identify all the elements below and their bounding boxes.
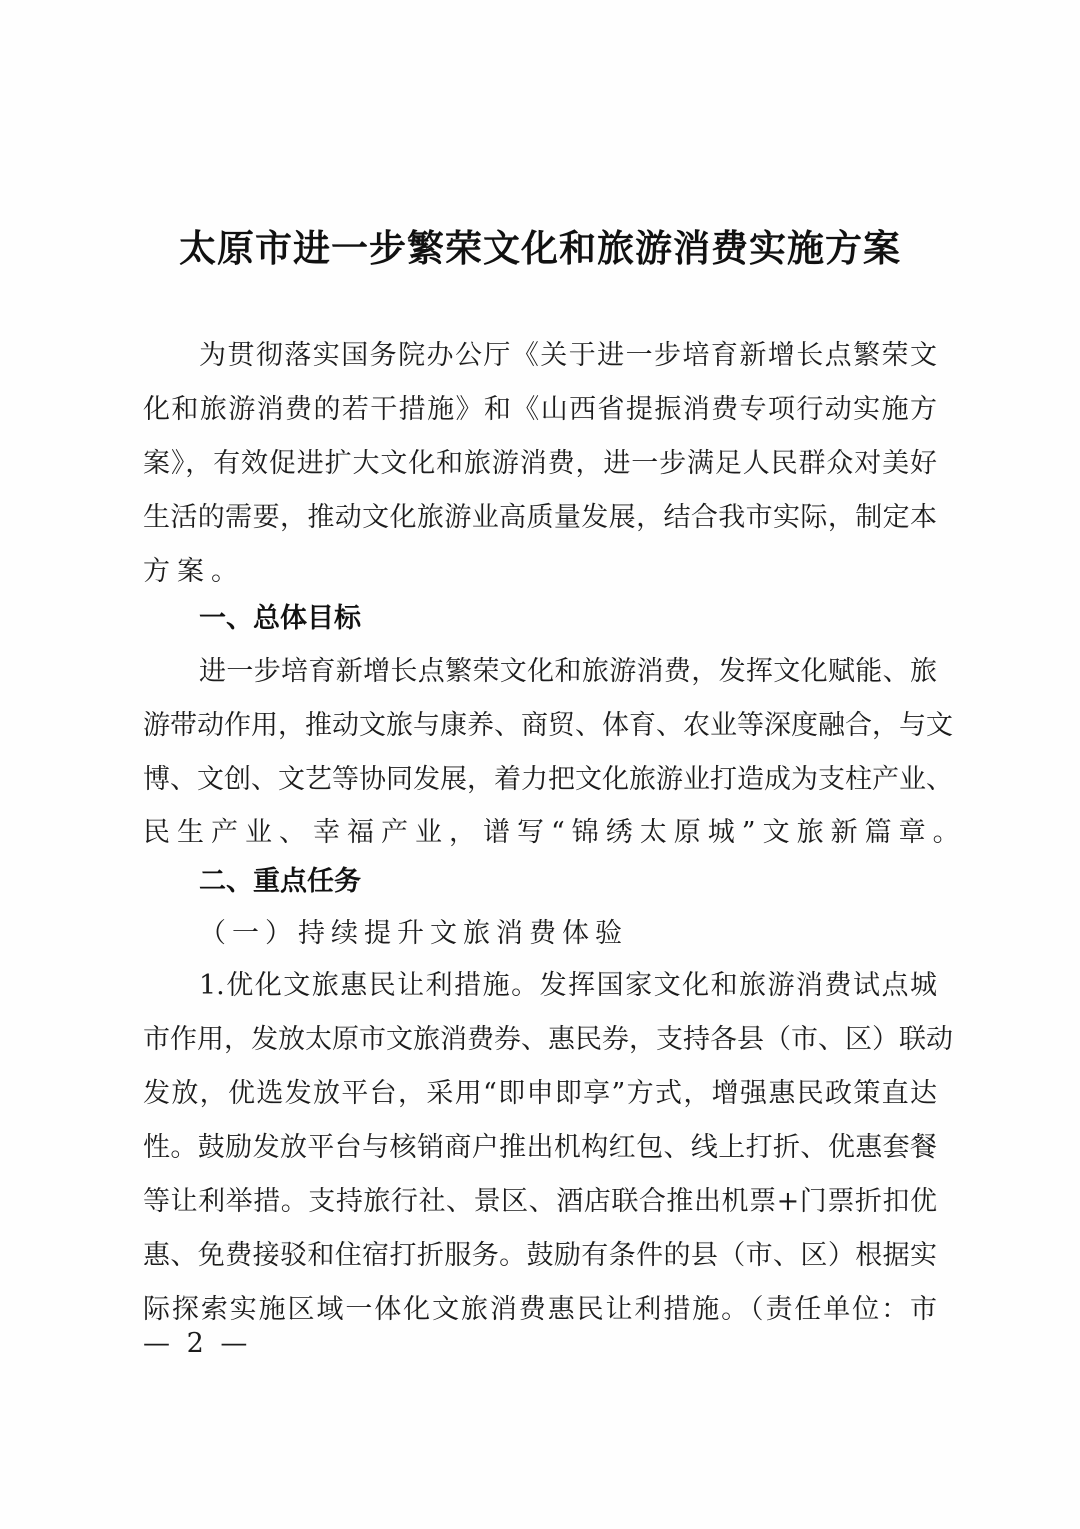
section1-line-1: 进一步培育新增长点繁荣文化和旅游消费，发挥文化赋能、旅: [199, 652, 937, 692]
intro-line-3: 案》，有效促进扩大文化和旅游消费，进一步满足人民群众对美好: [143, 444, 937, 484]
item1-line-7: 际探索实施区域一体化文旅消费惠民让利措施。（责任单位：市: [143, 1290, 937, 1330]
document-page: 太原市进一步繁荣文化和旅游消费实施方案 为贯彻落实国务院办公厅《关于进一步培育新…: [0, 0, 1080, 1529]
item1-line-2: 市作用，发放太原市文旅消费券、惠民券，支持各县（市、区）联动: [143, 1020, 937, 1060]
item1-line-1: 1.优化文旅惠民让利措施。发挥国家文化和旅游消费试点城: [199, 966, 937, 1006]
item1-line-6: 惠、免费接驳和住宿打折服务。鼓励有条件的县（市、区）根据实: [143, 1236, 937, 1276]
intro-line-5: 方案。: [143, 552, 937, 592]
section1-line-3: 博、文创、文艺等协同发展，着力把文化旅游业打造成为支柱产业、: [143, 760, 937, 800]
section-heading-overall-goal: 一、总体目标: [199, 599, 361, 639]
item1-line-5: 等让利举措。支持旅行社、景区、酒店联合推出机票+门票折扣优: [143, 1182, 937, 1222]
intro-line-2: 化和旅游消费的若干措施》和《山西省提振消费专项行动实施方: [143, 390, 937, 430]
subsection-heading: （一）持续提升文旅消费体验: [199, 914, 628, 954]
section-heading-key-tasks: 二、重点任务: [199, 862, 361, 902]
item1-line-4: 性。鼓励发放平台与核销商户推出机构红包、线上打折、优惠套餐: [143, 1128, 937, 1168]
page-number: — 2 —: [143, 1326, 251, 1362]
section1-line-2: 游带动作用，推动文旅与康养、商贸、体育、农业等深度融合，与文: [143, 706, 937, 746]
intro-line-1: 为贯彻落实国务院办公厅《关于进一步培育新增长点繁荣文: [199, 336, 937, 376]
section1-line-4: 民生产业、幸福产业，谱写“锦绣太原城”文旅新篇章。: [143, 813, 937, 853]
item1-line-3: 发放，优选发放平台，采用“即申即享”方式，增强惠民政策直达: [143, 1074, 937, 1114]
intro-line-4: 生活的需要，推动文化旅游业高质量发展，结合我市实际，制定本: [143, 498, 937, 538]
document-title: 太原市进一步繁荣文化和旅游消费实施方案: [150, 222, 930, 274]
